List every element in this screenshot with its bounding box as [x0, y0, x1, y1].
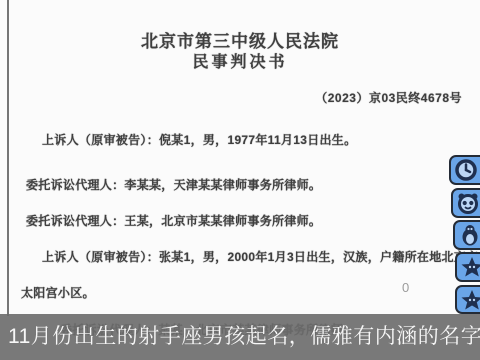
screenshot-frame: 北京市第三中级人民法院 民事判决书 （2023）京03民终4678号 上诉人（原… — [0, 0, 480, 360]
caption-bar: 11月份出生的射手座男孩起名，儒雅有内涵的名字 — [0, 314, 480, 360]
document-type: 民事判决书 — [0, 49, 480, 72]
caption-text: 11月份出生的射手座男孩起名，儒雅有内涵的名字 — [0, 314, 480, 360]
sticker-button-clock[interactable] — [449, 155, 480, 185]
agent-line-2: 委托诉讼代理人：王某，北京市某某律师事务所律师。 — [26, 212, 321, 229]
case-number: （2023）京03民终4678号 — [315, 89, 462, 106]
sticker-button-star-1[interactable] — [455, 252, 480, 282]
star-face-icon — [460, 255, 480, 279]
star-face-icon — [460, 288, 480, 312]
panda-face-icon — [456, 191, 480, 215]
stray-mark: 0 — [402, 280, 409, 295]
sticker-button-star-2[interactable] — [455, 285, 480, 314]
address-line: 太阳宫小区。 — [21, 284, 95, 301]
clock-icon — [454, 158, 478, 182]
sticker-button-penguin[interactable] — [453, 220, 480, 250]
sticker-button-panda[interactable] — [451, 188, 480, 218]
penguin-icon — [458, 223, 480, 247]
party-line-appellant-1: 上诉人（原审被告）：倪某1，男，1977年11月13日出生。 — [42, 131, 356, 148]
agent-line-1: 委托诉讼代理人：李某某，天津某某律师事务所律师。 — [26, 176, 321, 193]
party-line-appellant-2: 上诉人（原审被告）：张某1，男，2000年1月3日出生，汉族，户籍所在地北京市 — [42, 248, 480, 265]
